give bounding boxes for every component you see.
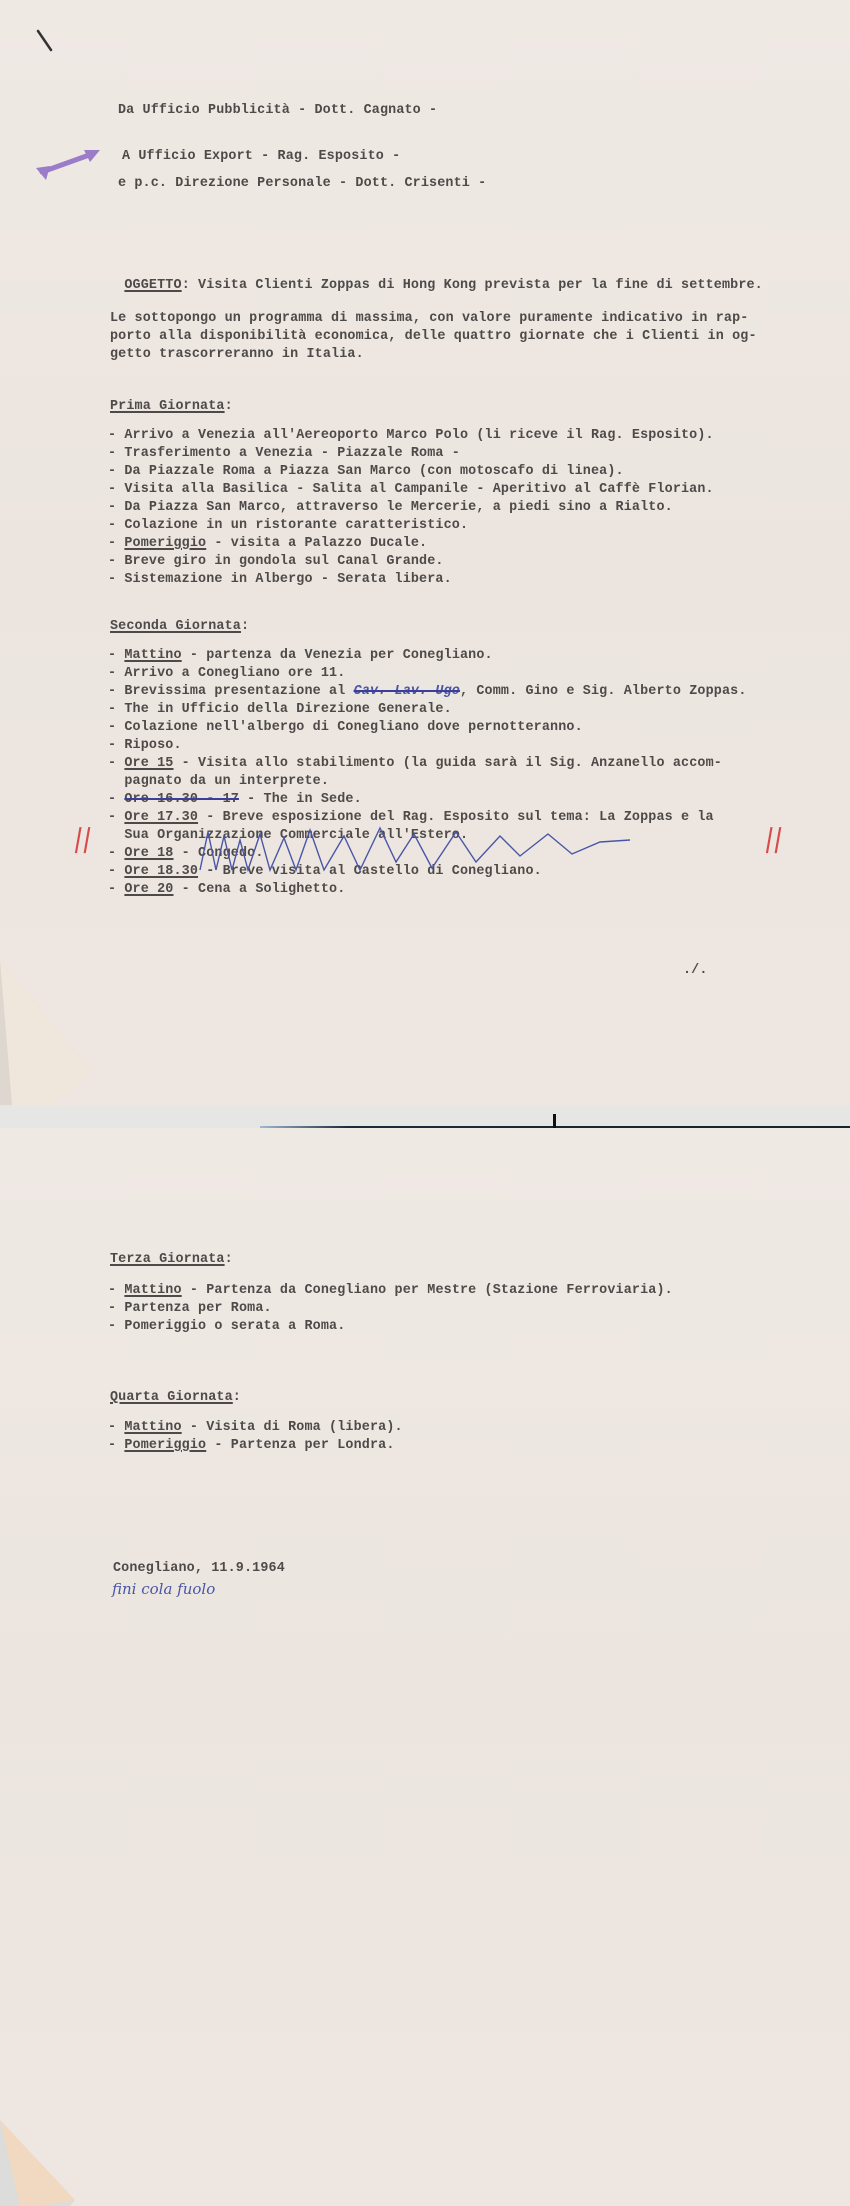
item-text: Sistemazione in Albergo - Serata libera. (124, 572, 451, 587)
list-item: pagnato da un interprete. (108, 773, 329, 791)
item-bullet: - (108, 864, 124, 879)
item-bullet: - (108, 464, 124, 479)
list-item: - Da Piazzale Roma a Piazza San Marco (c… (108, 463, 624, 481)
section-title: Prima Giornata (110, 399, 225, 414)
item-bullet: - (108, 846, 124, 861)
list-item: - Brevissima presentazione al Cav. Lav. … (108, 683, 747, 701)
item-bullet (108, 828, 124, 843)
item-text: Colazione in un ristorante caratteristic… (124, 518, 468, 533)
item-bullet: - (108, 1319, 124, 1334)
section-heading: Seconda Giornata: (110, 618, 249, 636)
item-text: Da Piazzale Roma a Piazza San Marco (con… (124, 464, 623, 479)
item-text: - Visita allo stabilimento (la guida sar… (174, 756, 722, 771)
section-title: Terza Giornata (110, 1252, 225, 1267)
item-bullet: - (108, 792, 124, 807)
intro-line: Le sottopongo un programma di massima, c… (110, 310, 748, 328)
list-item: - Pomeriggio o serata a Roma. (108, 1318, 345, 1336)
item-time-label: Mattino (124, 648, 181, 663)
item-text: pagnato da un interprete. (124, 774, 329, 789)
item-bullet: - (108, 1420, 124, 1435)
item-bullet: - (108, 720, 124, 735)
item-time-label: Ore 18 (124, 846, 173, 861)
item-text: - Cena a Solighetto. (174, 882, 346, 897)
page-divider (0, 1105, 850, 1128)
folded-corner-page2 (0, 2120, 80, 2206)
handwritten-note: fini cola fuolo (112, 1580, 215, 1598)
item-bullet: - (108, 428, 124, 443)
section-title: Quarta Giornata (110, 1390, 233, 1405)
list-item: - Ore 17.30 - Breve esposizione del Rag.… (108, 809, 714, 827)
item-text: Breve giro in gondola sul Canal Grande. (124, 554, 443, 569)
item-text: Trasferimento a Venezia - Piazzale Roma … (124, 446, 460, 461)
handwritten-scribble (200, 826, 640, 876)
list-item: - Breve giro in gondola sul Canal Grande… (108, 553, 444, 571)
item-bullet: - (108, 482, 124, 497)
item-bullet: - (108, 554, 124, 569)
subject-text: : Visita Clienti Zoppas di Hong Kong pre… (182, 278, 763, 293)
item-bullet: - (108, 684, 124, 699)
list-item: - Arrivo a Conegliano ore 11. (108, 665, 345, 683)
item-text: - visita a Palazzo Ducale. (206, 536, 427, 551)
item-text: Brevissima presentazione al (124, 684, 353, 699)
item-bullet: - (108, 1283, 124, 1298)
folded-corner-page1 (0, 960, 100, 1105)
item-text: - partenza da Venezia per Conegliano. (182, 648, 493, 663)
section-colon: : (241, 619, 249, 634)
item-text: - Partenza da Conegliano per Mestre (Sta… (182, 1283, 673, 1298)
item-time-label: Ore 17.30 (124, 810, 198, 825)
item-bullet: - (108, 536, 124, 551)
list-item: - Riposo. (108, 737, 182, 755)
item-text: Visita alla Basilica - Salita al Campani… (124, 482, 713, 497)
struck-name: Cav. Lav. Ugo (354, 684, 460, 699)
list-item: - Ore 15 - Visita allo stabilimento (la … (108, 755, 722, 773)
item-text: The in Ufficio della Direzione Generale. (124, 702, 451, 717)
section-title: Seconda Giornata (110, 619, 241, 634)
list-item: - Pomeriggio - visita a Palazzo Ducale. (108, 535, 427, 553)
list-item: - Trasferimento a Venezia - Piazzale Rom… (108, 445, 460, 463)
item-time-label: Pomeriggio (124, 1438, 206, 1453)
list-item: - Mattino - Visita di Roma (libera). (108, 1419, 403, 1437)
item-text: Pomeriggio o serata a Roma. (124, 1319, 345, 1334)
item-bullet: - (108, 1438, 124, 1453)
item-text: - Visita di Roma (libera). (182, 1420, 403, 1435)
item-text: Colazione nell'albergo di Conegliano dov… (124, 720, 582, 735)
item-time-label: Ore 20 (124, 882, 173, 897)
place-date: Conegliano, 11.9.1964 (113, 1560, 285, 1578)
item-text: - Breve esposizione del Rag. Esposito su… (198, 810, 714, 825)
item-bullet: - (108, 756, 124, 771)
list-item: - Mattino - Partenza da Conegliano per M… (108, 1282, 673, 1300)
memo-subject: OGGETTO: Visita Clienti Zoppas di Hong K… (108, 259, 763, 295)
item-time-label: Ore 18.30 (124, 864, 198, 879)
intro-line: porto alla disponibilità economica, dell… (110, 328, 757, 346)
edge-mark (553, 1114, 556, 1128)
item-bullet: - (108, 446, 124, 461)
pencil-tick-mark (36, 28, 56, 56)
item-bullet (108, 774, 124, 789)
continuation-mark: ./. (683, 962, 708, 980)
list-item: - Sistemazione in Albergo - Serata liber… (108, 571, 452, 589)
item-time-label: Ore 16.30 - 17 (124, 792, 239, 807)
list-item: - Da Piazza San Marco, attraverso le Mer… (108, 499, 673, 517)
list-item: - Ore 16.30 - 17 - The in Sede. (108, 791, 362, 809)
memo-cc: e p.c. Direzione Personale - Dott. Crise… (118, 175, 486, 193)
section-colon: : (225, 1252, 233, 1267)
subject-label: OGGETTO (124, 278, 181, 293)
item-text: Partenza per Roma. (124, 1301, 271, 1316)
section-heading: Terza Giornata: (110, 1251, 233, 1269)
item-bullet: - (108, 702, 124, 717)
item-text: Arrivo a Venezia all'Aereoporto Marco Po… (124, 428, 713, 443)
item-bullet: - (108, 666, 124, 681)
list-item: - Pomeriggio - Partenza per Londra. (108, 1437, 395, 1455)
item-bullet: - (108, 810, 124, 825)
list-item: - Ore 20 - Cena a Solighetto. (108, 881, 345, 899)
item-time-label: Pomeriggio (124, 536, 206, 551)
item-text: Riposo. (124, 738, 181, 753)
item-text-after: , Comm. Gino e Sig. Alberto Zoppas. (460, 684, 747, 699)
list-item: - Colazione nell'albergo di Conegliano d… (108, 719, 583, 737)
section-heading: Prima Giornata: (110, 398, 233, 416)
memo-to: A Ufficio Export - Rag. Esposito - (122, 148, 400, 166)
item-bullet: - (108, 1301, 124, 1316)
item-text: - Partenza per Londra. (206, 1438, 394, 1453)
item-bullet: - (108, 738, 124, 753)
list-item: - Visita alla Basilica - Salita al Campa… (108, 481, 714, 499)
list-item: - The in Ufficio della Direzione General… (108, 701, 452, 719)
section-heading: Quarta Giornata: (110, 1389, 241, 1407)
list-item: - Colazione in un ristorante caratterist… (108, 517, 468, 535)
item-bullet: - (108, 500, 124, 515)
item-bullet: - (108, 518, 124, 533)
item-bullet: - (108, 648, 124, 663)
item-text: Arrivo a Conegliano ore 11. (124, 666, 345, 681)
arrow-icon (32, 146, 104, 186)
section-colon: : (225, 399, 233, 414)
item-time-label: Mattino (124, 1283, 181, 1298)
intro-line: getto trascorreranno in Italia. (110, 346, 364, 364)
item-time-label: Ore 15 (124, 756, 173, 771)
list-item: - Mattino - partenza da Venezia per Cone… (108, 647, 493, 665)
list-item: - Partenza per Roma. (108, 1300, 272, 1318)
item-bullet: - (108, 572, 124, 587)
list-item: - Arrivo a Venezia all'Aereoporto Marco … (108, 427, 714, 445)
item-text: - The in Sede. (239, 792, 362, 807)
item-bullet: - (108, 882, 124, 897)
section-colon: : (233, 1390, 241, 1405)
item-text: Da Piazza San Marco, attraverso le Merce… (124, 500, 672, 515)
memo-from: Da Ufficio Pubblicità - Dott. Cagnato - (118, 102, 437, 120)
item-time-label: Mattino (124, 1420, 181, 1435)
